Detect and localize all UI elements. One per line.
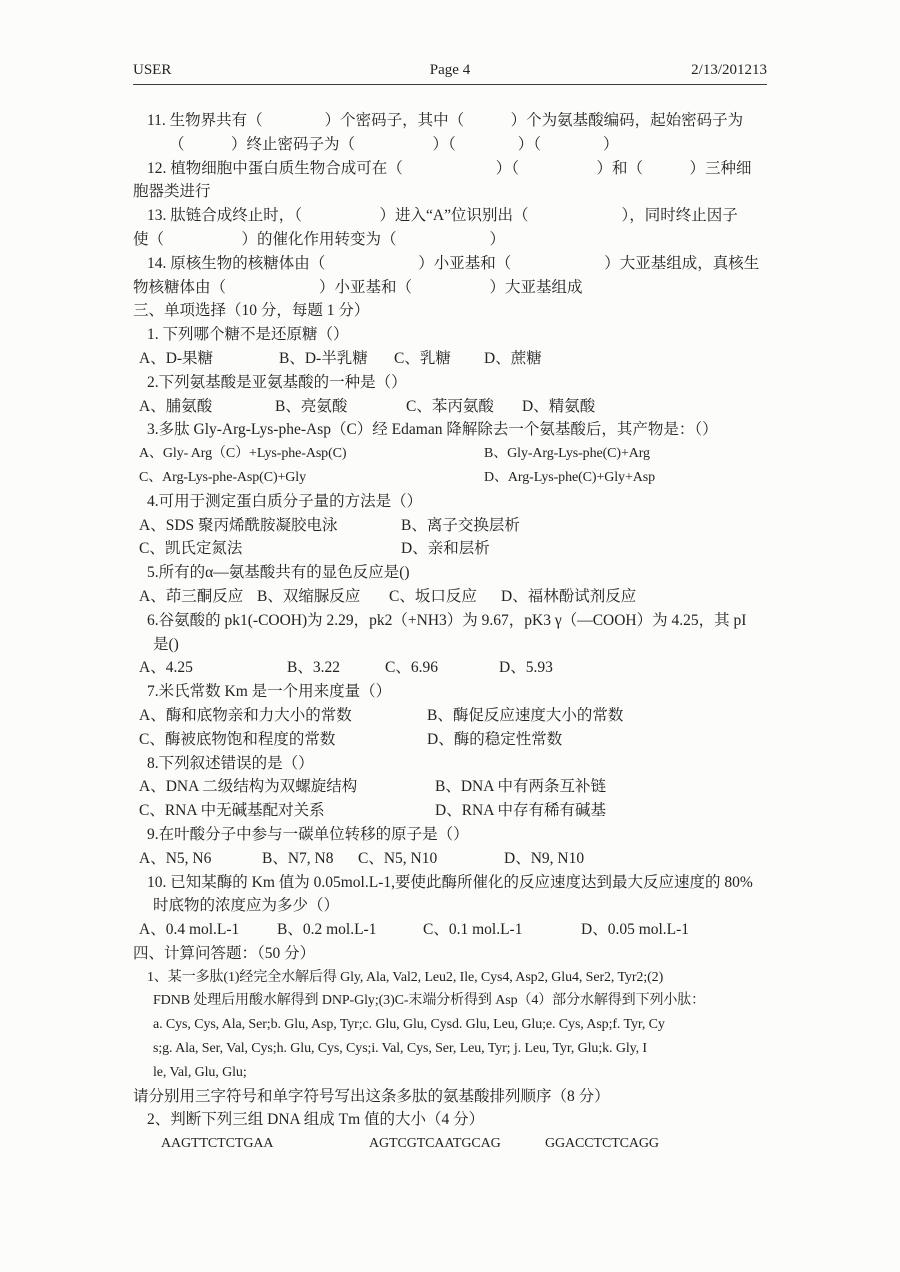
mc-q4-stem: 4.可用于测定蛋白质分子量的方法是（） (133, 490, 770, 514)
section-3-title: 三、单项选择（10 分，每题 1 分） (133, 299, 770, 323)
mc-q8-options-row-2: C、RNA 中无碱基配对关系 D、RNA 中存有稀有碱基 (133, 799, 770, 823)
exam-page: USER Page 4 2/13/201213 11. 生物界共有（ ）个密码子… (0, 0, 900, 1272)
option-c: C、苯丙氨酸 (406, 395, 522, 419)
mc-q6-options: A、4.25 B、3.22 C、6.96 D、5.93 (133, 656, 770, 680)
mc-q10-stem-line-2: 时底物的浓度应为多少（） (133, 894, 770, 918)
option-d: D、0.05 mol.L-1 (581, 918, 689, 942)
mc-q6-stem-line-1: 6.谷氨酸的 pk1(-COOH)为 2.29，pk2（+NH3）为 9.67，… (133, 609, 770, 633)
option-b: B、DNA 中有两条互补链 (435, 775, 606, 799)
option-c: C、乳糖 (394, 347, 484, 371)
mc-q9-stem: 9.在叶酸分子中参与一碳单位转移的原子是（） (133, 823, 770, 847)
mc-q4-options-row-1: A、SDS 聚丙烯酰胺凝胶电泳 B、离子交换层析 (133, 514, 770, 538)
mc-q7-options-row-1: A、酶和底物亲和力大小的常数 B、酶促反应速度大小的常数 (133, 704, 770, 728)
mc-q9-options: A、N5, N6 B、N7, N8 C、N5, N10 D、N9, N10 (133, 847, 770, 871)
mc-q6-stem-line-2: 是() (133, 633, 770, 657)
mc-q5-options: A、茚三酮反应 B、双缩脲反应 C、坂口反应 D、福林酚试剂反应 (133, 585, 770, 609)
header-page-number: Page 4 (133, 62, 767, 79)
option-a: A、脯氨酸 (139, 395, 275, 419)
option-a: A、D-果糖 (139, 347, 279, 371)
option-b: B、酶促反应速度大小的常数 (427, 704, 623, 728)
mc-q5-stem: 5.所有的α—氨基酸共有的显色反应是() (133, 561, 770, 585)
option-b: B、N7, N8 (262, 847, 358, 871)
option-d: D、Arg-Lys-phe(C)+Gly+Asp (484, 466, 655, 490)
option-a: A、酶和底物亲和力大小的常数 (139, 704, 427, 728)
option-b: B、0.2 mol.L-1 (277, 918, 423, 942)
question-13-line-2: 使（ ）的催化作用转变为（ ） (133, 228, 770, 252)
mc-q7-stem: 7.米氏常数 Km 是一个用来度量（） (133, 680, 770, 704)
dna-sequence-1: AAGTTCTCTGAA (161, 1132, 369, 1156)
mc-q2-stem: 2.下列氨基酸是亚氨基酸的一种是（） (133, 371, 770, 395)
mc-q2-options: A、脯氨酸 B、亮氨酸 C、苯丙氨酸 D、精氨酸 (133, 395, 770, 419)
option-c: C、0.1 mol.L-1 (423, 918, 581, 942)
mc-q10-stem-line-1: 10. 已知某酶的 Km 值为 0.05mol.L-1,要使此酶所催化的反应速度… (133, 871, 770, 895)
exam-body: 11. 生物界共有（ ）个密码子，其中（ ）个为氨基酸编码，起始密码子为 （ ）… (133, 109, 770, 1156)
question-13-line-1: 13. 肽链合成终止时，（ ）进入“A”位识别出（ ），同时终止因子 (133, 204, 770, 228)
option-a: A、DNA 二级结构为双螺旋结构 (139, 775, 435, 799)
option-b: B、Gly-Arg-Lys-phe(C)+Arg (484, 442, 650, 466)
calc-q1-note: 请分别用三字符号和单字符号写出这条多肽的氨基酸排列顺序（8 分） (133, 1085, 770, 1109)
calc-q1-line-3: a. Cys, Cys, Ala, Ser;b. Glu, Asp, Tyr;c… (133, 1013, 770, 1037)
option-c: C、凯氏定氮法 (139, 537, 401, 561)
option-c: C、RNA 中无碱基配对关系 (139, 799, 435, 823)
option-d: D、RNA 中存有稀有碱基 (435, 799, 606, 823)
option-c: C、N5, N10 (358, 847, 504, 871)
mc-q10-options: A、0.4 mol.L-1 B、0.2 mol.L-1 C、0.1 mol.L-… (133, 918, 770, 942)
calc-q2-dna-sequences: AAGTTCTCTGAA AGTCGTCAATGCAG GGACCTCTCAGG (133, 1132, 770, 1156)
dna-sequence-3: GGACCTCTCAGG (545, 1132, 659, 1156)
dna-sequence-2: AGTCGTCAATGCAG (369, 1132, 545, 1156)
option-b: B、双缩脲反应 (257, 585, 389, 609)
option-d: D、N9, N10 (504, 847, 584, 871)
question-14-line-2: 物核糖体由（ ）小亚基和（ ）大亚基组成 (133, 276, 770, 300)
question-12-line-2: 胞器类进行 (133, 180, 770, 204)
mc-q8-options-row-1: A、DNA 二级结构为双螺旋结构 B、DNA 中有两条互补链 (133, 775, 770, 799)
option-a: A、0.4 mol.L-1 (139, 918, 277, 942)
mc-q7-options-row-2: C、酶被底物饱和程度的常数 D、酶的稳定性常数 (133, 728, 770, 752)
section-4-title: 四、计算问答题：（50 分） (133, 942, 770, 966)
mc-q3-stem: 3.多肽 Gly-Arg-Lys-phe-Asp（C）经 Edaman 降解除去… (133, 418, 770, 442)
question-11-line-2: （ ）终止密码子为（ ）（ ）（ ） (133, 133, 770, 157)
option-b: B、3.22 (287, 656, 385, 680)
option-a: A、N5, N6 (139, 847, 262, 871)
option-b: B、D-半乳糖 (279, 347, 394, 371)
option-d: D、亲和层析 (401, 537, 490, 561)
mc-q1-stem: 1. 下列哪个糖不是还原糖（） (133, 323, 770, 347)
option-c: C、6.96 (385, 656, 499, 680)
option-a: A、Gly- Arg（C）+Lys-phe-Asp(C) (139, 442, 484, 466)
option-b: B、亮氨酸 (275, 395, 406, 419)
option-d: D、福林酚试剂反应 (501, 585, 636, 609)
option-c: C、Arg-Lys-phe-Asp(C)+Gly (139, 466, 484, 490)
option-d: D、酶的稳定性常数 (427, 728, 562, 752)
calc-q2-stem: 2、判断下列三组 DNA 组成 Tm 值的大小（4 分） (133, 1108, 770, 1132)
option-a: A、4.25 (139, 656, 287, 680)
calc-q1-line-4: s;g. Ala, Ser, Val, Cys;h. Glu, Cys, Cys… (133, 1037, 770, 1061)
mc-q3-options-row-1: A、Gly- Arg（C）+Lys-phe-Asp(C) B、Gly-Arg-L… (133, 442, 770, 466)
option-d: D、5.93 (499, 656, 553, 680)
option-b: B、离子交换层析 (401, 514, 520, 538)
option-a: A、茚三酮反应 (139, 585, 257, 609)
question-12-line-1: 12. 植物细胞中蛋白质生物合成可在（ ）（ ）和（ ）三种细 (133, 157, 770, 181)
option-d: D、蔗糖 (484, 347, 542, 371)
option-c: C、酶被底物饱和程度的常数 (139, 728, 427, 752)
page-header: USER Page 4 2/13/201213 (133, 62, 767, 85)
calc-q1-line-5: le, Val, Glu, Glu; (133, 1061, 770, 1085)
mc-q8-stem: 8.下列叙述错误的是（） (133, 752, 770, 776)
mc-q4-options-row-2: C、凯氏定氮法 D、亲和层析 (133, 537, 770, 561)
question-11-line-1: 11. 生物界共有（ ）个密码子，其中（ ）个为氨基酸编码，起始密码子为 (133, 109, 770, 133)
mc-q3-options-row-2: C、Arg-Lys-phe-Asp(C)+Gly D、Arg-Lys-phe(C… (133, 466, 770, 490)
calc-q1-line-2: FDNB 处理后用酸水解得到 DNP-Gly;(3)C-末端分析得到 Asp（4… (133, 989, 770, 1013)
option-a: A、SDS 聚丙烯酰胺凝胶电泳 (139, 514, 401, 538)
option-c: C、坂口反应 (389, 585, 501, 609)
mc-q1-options: A、D-果糖 B、D-半乳糖 C、乳糖 D、蔗糖 (133, 347, 770, 371)
calc-q1-line-1: 1、某一多肽(1)经完全水解后得 Gly, Ala, Val2, Leu2, I… (133, 966, 770, 990)
option-d: D、精氨酸 (522, 395, 595, 419)
question-14-line-1: 14. 原核生物的核糖体由（ ）小亚基和（ ）大亚基组成，真核生 (133, 252, 770, 276)
